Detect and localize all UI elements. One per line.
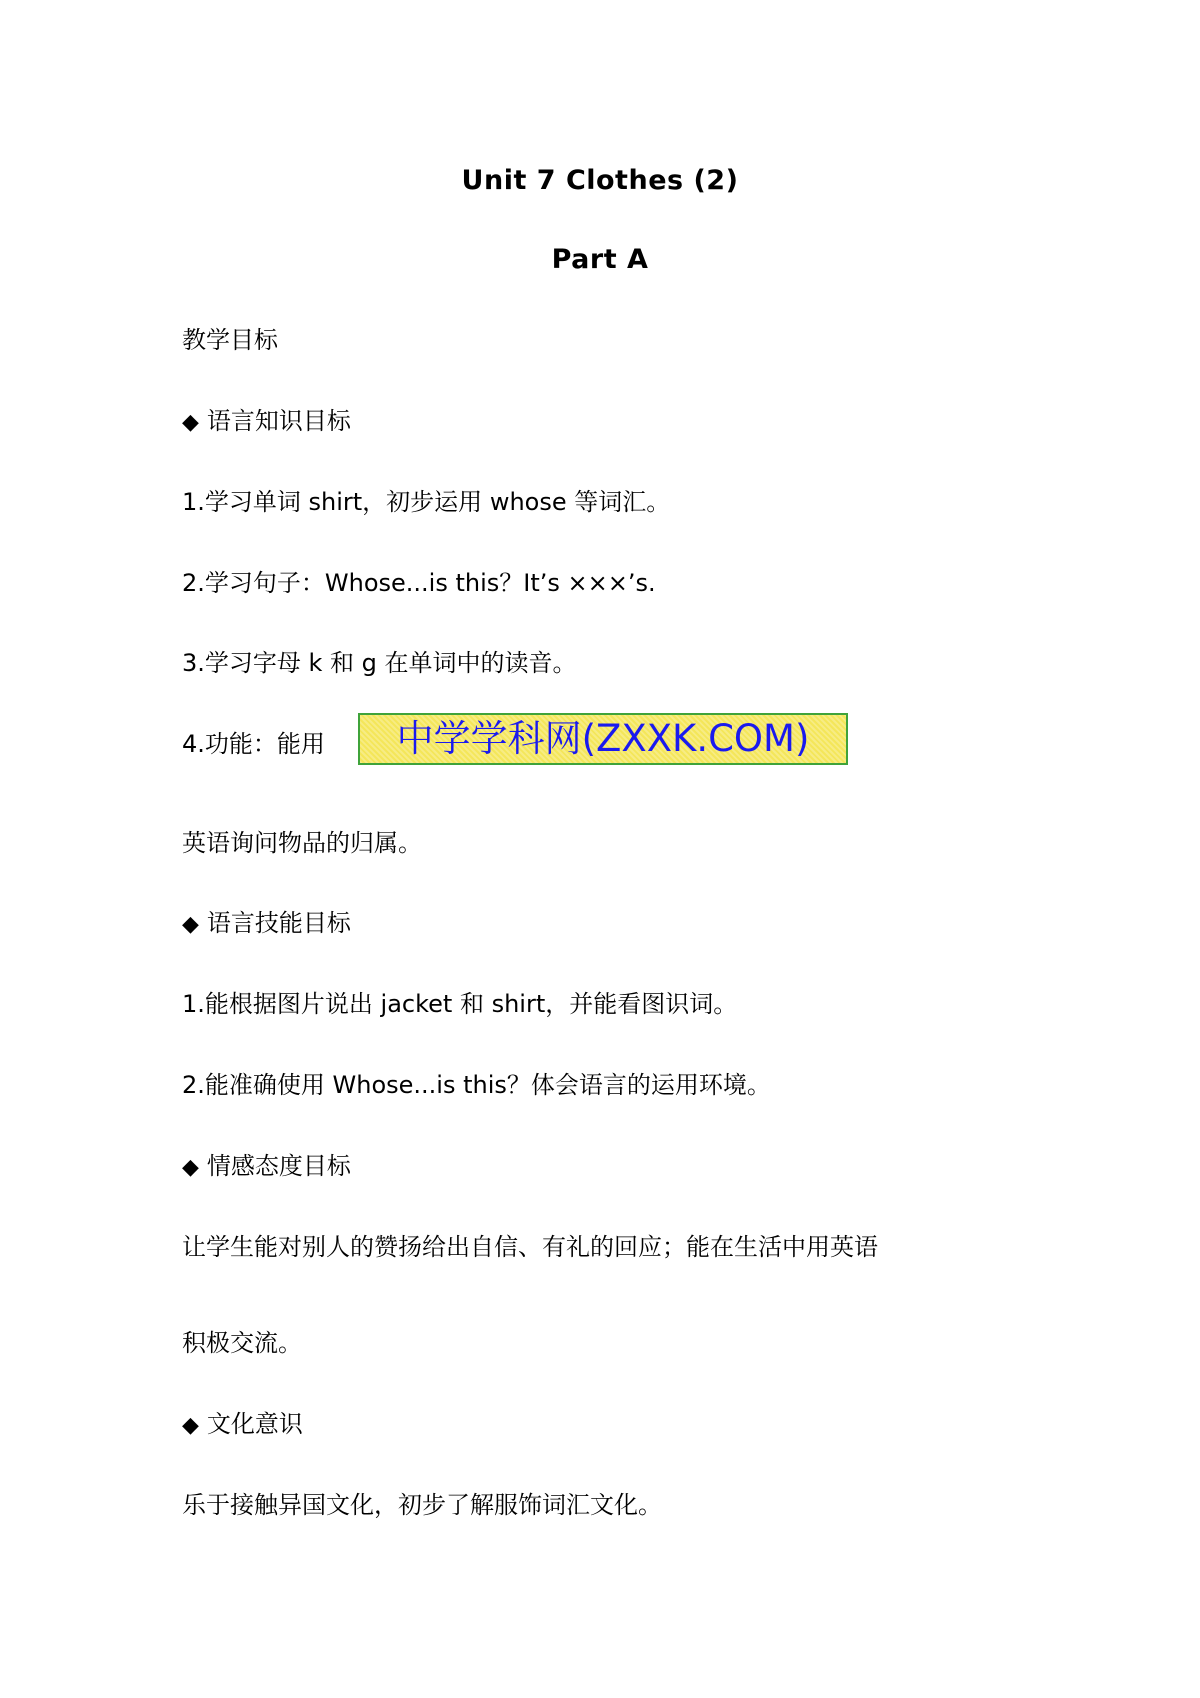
section-heading-label: 语言知识目标 [207,407,351,435]
section-heading-knowledge: ◆语言知识目标 [182,406,351,438]
objectives-heading: 教学目标 [182,325,278,355]
diamond-bullet-icon: ◆ [182,910,199,940]
document-title: Unit 7 Clothes (2) [0,165,1200,196]
attitude-line-2: 积极交流。 [182,1328,302,1358]
section-heading-attitude: ◆情感态度目标 [182,1151,351,1183]
skills-item-2: 2.能准确使用 Whose...is this？体会语言的运用环境。 [182,1070,771,1100]
document-subtitle: Part A [0,244,1200,275]
knowledge-item-2: 2.学习句子：Whose...is this？It’s ×××’s. [182,568,656,598]
culture-line-1: 乐于接触异国文化，初步了解服饰词汇文化。 [182,1490,662,1520]
section-heading-label: 文化意识 [207,1410,303,1438]
diamond-bullet-icon: ◆ [182,1411,199,1441]
skills-item-1: 1.能根据图片说出 jacket 和 shirt，并能看图识词。 [182,989,737,1019]
section-heading-label: 情感态度目标 [207,1152,351,1180]
section-heading-skills: ◆语言技能目标 [182,908,351,940]
watermark-banner: 中学学科网(ZXXK.COM) [358,713,848,765]
attitude-line-1: 让学生能对别人的赞扬给出自信、有礼的回应；能在生活中用英语 [182,1232,878,1262]
diamond-bullet-icon: ◆ [182,408,199,438]
diamond-bullet-icon: ◆ [182,1153,199,1183]
knowledge-item-4: 4.功能：能用 [182,729,325,759]
section-heading-culture: ◆文化意识 [182,1409,303,1441]
knowledge-item-4-continued: 英语询问物品的归属。 [182,828,422,858]
knowledge-item-3: 3.学习字母 k 和 g 在单词中的读音。 [182,648,577,678]
section-heading-label: 语言技能目标 [207,909,351,937]
knowledge-item-1: 1.学习单词 shirt，初步运用 whose 等词汇。 [182,487,670,517]
